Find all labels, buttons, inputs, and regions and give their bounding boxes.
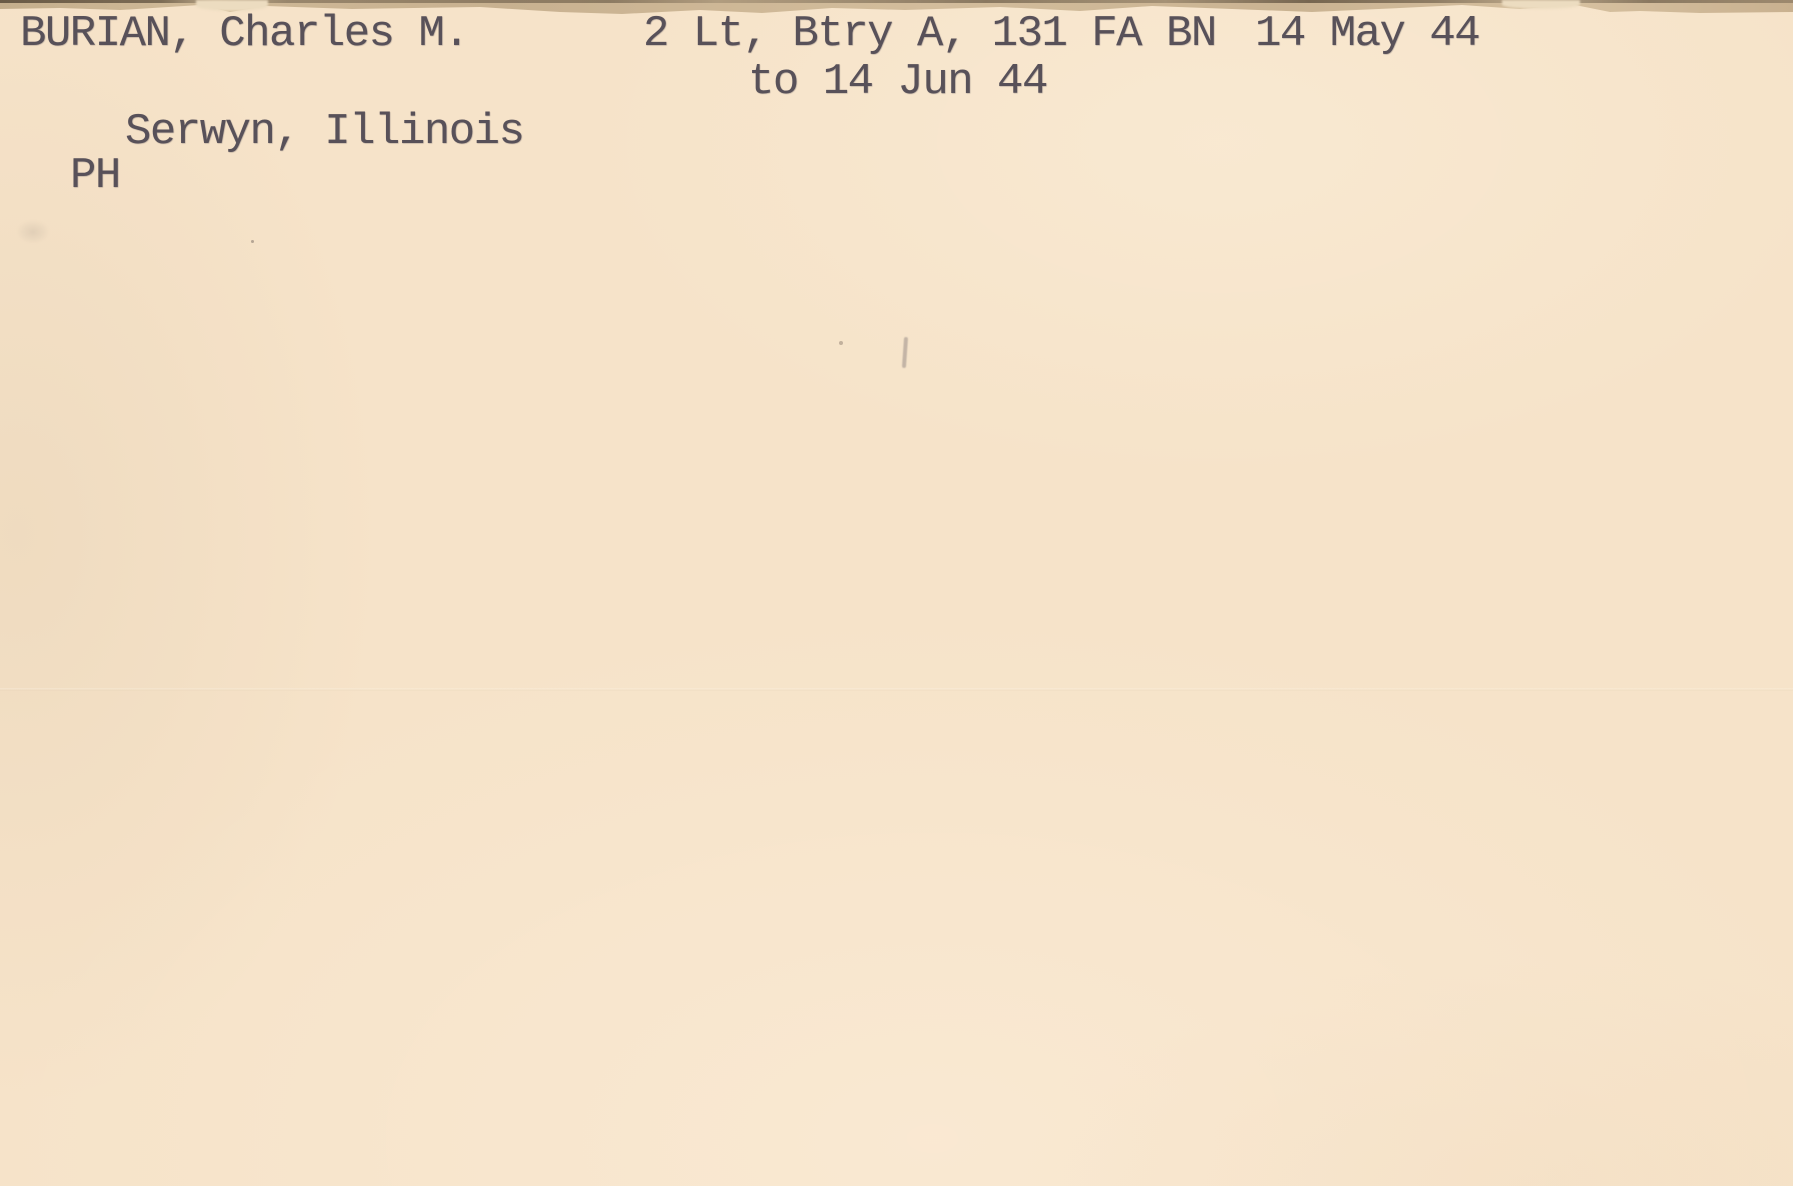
military-index-card: BURIAN, Charles M. 2 Lt, Btry A, 131 FA … [0,0,1793,1186]
paper-crease [0,688,1793,691]
service-date-from: 14 May 44 [1255,12,1479,56]
paper-chip-right [1502,0,1580,9]
paper-fleck [839,341,843,345]
paper-fleck [251,240,254,243]
award-abbreviation: PH [70,154,120,198]
soldier-name: BURIAN, Charles M. [20,12,468,56]
pencil-mark [902,337,908,368]
rank-and-unit: 2 Lt, Btry A, 131 FA BN [643,12,1216,56]
hometown: Serwyn, Illinois [125,110,523,154]
service-date-to: to 14 Jun 44 [748,60,1047,104]
paper-smudge [16,220,50,244]
